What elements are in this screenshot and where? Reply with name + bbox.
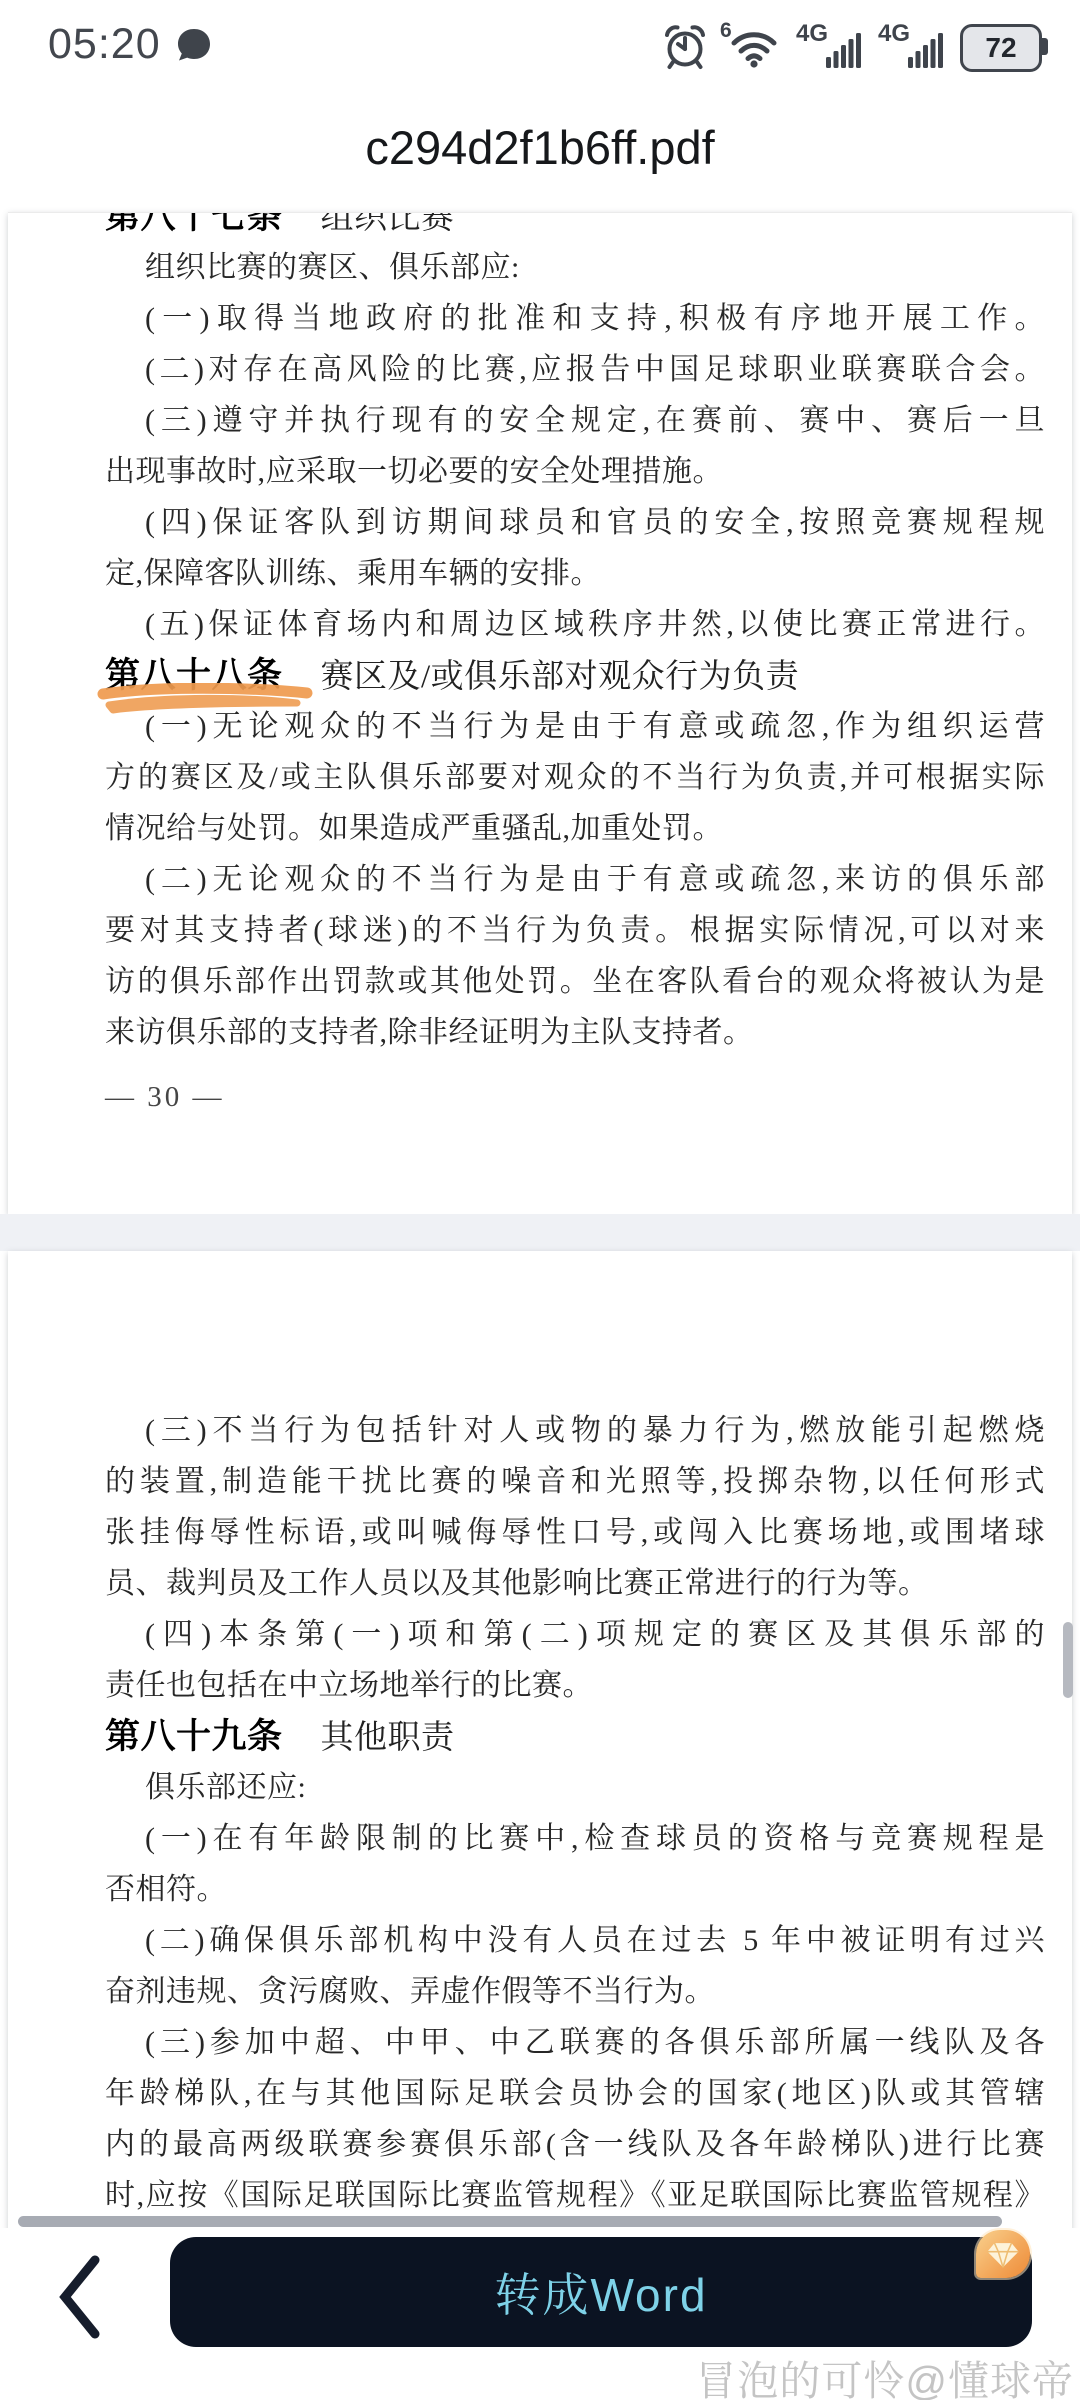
status-right: 6 4G: [662, 22, 1042, 72]
battery-nub: [1042, 38, 1048, 55]
text-line: 要对其支持者(球迷)的不当行为负责。根据实际情况,可以对来: [105, 905, 1045, 956]
heading-title: 赛区及/或俱乐部对观众行为负责: [321, 659, 800, 695]
text-line: (三)遵守并执行现有的安全规定,在赛前、赛中、赛后一旦: [105, 395, 1045, 446]
text-line: (一)在有年龄限制的比赛中,检查球员的资格与竞赛规程是: [105, 1813, 1045, 1864]
text-line: 的装置,制造能干扰比赛的噪音和光照等,投掷杂物,以任何形式: [105, 1456, 1045, 1507]
back-button[interactable]: [50, 2252, 110, 2344]
text-line: 情况给与处罚。如果造成严重骚乱,加重处罚。: [105, 803, 1045, 854]
convert-to-word-button[interactable]: 转成Word: [170, 2237, 1032, 2347]
text-line: 组织比赛的赛区、俱乐部应:: [105, 242, 1045, 293]
section-heading: 第八十八条赛区及/或俱乐部对观众行为负责: [105, 650, 1045, 701]
heading-title: 组织比赛: [321, 212, 455, 236]
section-heading: 第八十七条组织比赛: [105, 212, 1045, 242]
text-line: (一)取得当地政府的批准和支持,积极有序地开展工作。: [105, 293, 1045, 344]
text-line: (二)无论观众的不当行为是由于有意或疏忽,来访的俱乐部: [105, 854, 1045, 905]
section-heading: 第八十九条其他职责: [105, 1711, 1045, 1762]
signal-4g-icon-1: 4G: [796, 23, 862, 71]
text-line: (三)不当行为包括针对人或物的暴力行为,燃放能引起燃烧: [105, 1405, 1045, 1456]
page-1-text: 第八十七条组织比赛组织比赛的赛区、俱乐部应:(一)取得当地政府的批准和支持,积极…: [8, 212, 1072, 1123]
battery-percent: 72: [985, 32, 1016, 64]
phone-screen: 05:20: [0, 0, 1080, 2400]
heading-number: 第八十九条: [105, 1717, 283, 1756]
pdf-page-1[interactable]: 第八十七条组织比赛组织比赛的赛区、俱乐部应:(一)取得当地政府的批准和支持,积极…: [8, 212, 1072, 1214]
orange-highlight-marker: [95, 683, 319, 715]
watermark: 冒泡的可怜@懂球帝: [695, 2348, 1074, 2400]
text-line: (四)本条第(一)项和第(二)项规定的赛区及其俱乐部的: [105, 1609, 1045, 1660]
text-line: 张挂侮辱性标语,或叫喊侮辱性口号,或闯入比赛场地,或围堵球: [105, 1507, 1045, 1558]
battery-icon: 72: [960, 24, 1042, 72]
text-line: (二)确保俱乐部机构中没有人员在过去 5 年中被证明有过兴: [105, 1915, 1045, 1966]
status-left: 05:20: [48, 20, 213, 69]
vertical-scrollbar-thumb[interactable]: [1063, 1622, 1073, 1698]
text-line: (四)保证客队到访期间球员和官员的安全,按照竞赛规程规: [105, 497, 1045, 548]
text-line: 来访俱乐部的支持者,除非经证明为主队支持者。: [105, 1007, 1045, 1058]
text-line: 内的最高两级联赛参赛俱乐部(含一线队及各年龄梯队)进行比赛: [105, 2119, 1045, 2170]
text-line: 否相符。: [105, 1864, 1045, 1915]
vip-gem-icon: [976, 2230, 1030, 2278]
text-line: 责任也包括在中立场地举行的比赛。: [105, 1660, 1045, 1711]
text-line: 定,保障客队训练、乘用车辆的安排。: [105, 548, 1045, 599]
pdf-viewer[interactable]: 第八十七条组织比赛组织比赛的赛区、俱乐部应:(一)取得当地政府的批准和支持,积极…: [0, 212, 1080, 2232]
wifi-icon: 6: [724, 23, 780, 71]
text-line: 访的俱乐部作出罚款或其他处罚。坐在客队看台的观众将被认为是: [105, 956, 1045, 1007]
text-line: (五)保证体育场内和周边区域秩序井然,以使比赛正常进行。: [105, 599, 1045, 650]
bottom-toolbar: 转成Word 冒泡的可怜@懂球帝: [0, 2228, 1080, 2400]
signal-4g-icon-2: 4G: [878, 23, 944, 71]
pdf-page-2[interactable]: (三)不当行为包括针对人或物的暴力行为,燃放能引起燃烧的装置,制造能干扰比赛的噪…: [8, 1251, 1072, 2233]
text-line: 出现事故时,应采取一切必要的安全处理措施。: [105, 446, 1045, 497]
chevron-left-icon: [57, 2254, 103, 2340]
page-2-text: (三)不当行为包括针对人或物的暴力行为,燃放能引起燃烧的装置,制造能干扰比赛的噪…: [8, 1251, 1072, 2221]
document-title: c294d2f1b6ff.pdf: [0, 120, 1080, 175]
text-line: 方的赛区及/或主队俱乐部要对观众的不当行为负责,并可根据实际: [105, 752, 1045, 803]
text-line: 年龄梯队,在与其他国际足联会员协会的国家(地区)队或其管辖: [105, 2068, 1045, 2119]
convert-button-label: 转成Word: [494, 2259, 707, 2325]
page-gap: [0, 1214, 1080, 1251]
heading-number: 第八十七条: [105, 212, 283, 236]
horizontal-scroll-indicator[interactable]: [18, 2216, 1002, 2227]
clock: 05:20: [48, 20, 161, 69]
status-bar: 05:20: [0, 20, 1080, 76]
text-line: 员、裁判员及工作人员以及其他影响比赛正常进行的行为等。: [105, 1558, 1045, 1609]
text-line: (三)参加中超、中甲、中乙联赛的各俱乐部所属一线队及各: [105, 2017, 1045, 2068]
text-line: 时,应按《国际足联国际比赛监管规程》《亚足联国际比赛监管规程》: [105, 2170, 1045, 2221]
text-line: 奋剂违规、贪污腐败、弄虚作假等不当行为。: [105, 1966, 1045, 2017]
message-bubble-icon: [175, 26, 213, 64]
page-number: — 30 —: [105, 1072, 1045, 1123]
text-line: 俱乐部还应:: [105, 1762, 1045, 1813]
heading-title: 其他职责: [321, 1720, 455, 1756]
alarm-clock-icon: [662, 23, 708, 71]
text-line: (二)对存在高风险的比赛,应报告中国足球职业联赛联合会。: [105, 344, 1045, 395]
